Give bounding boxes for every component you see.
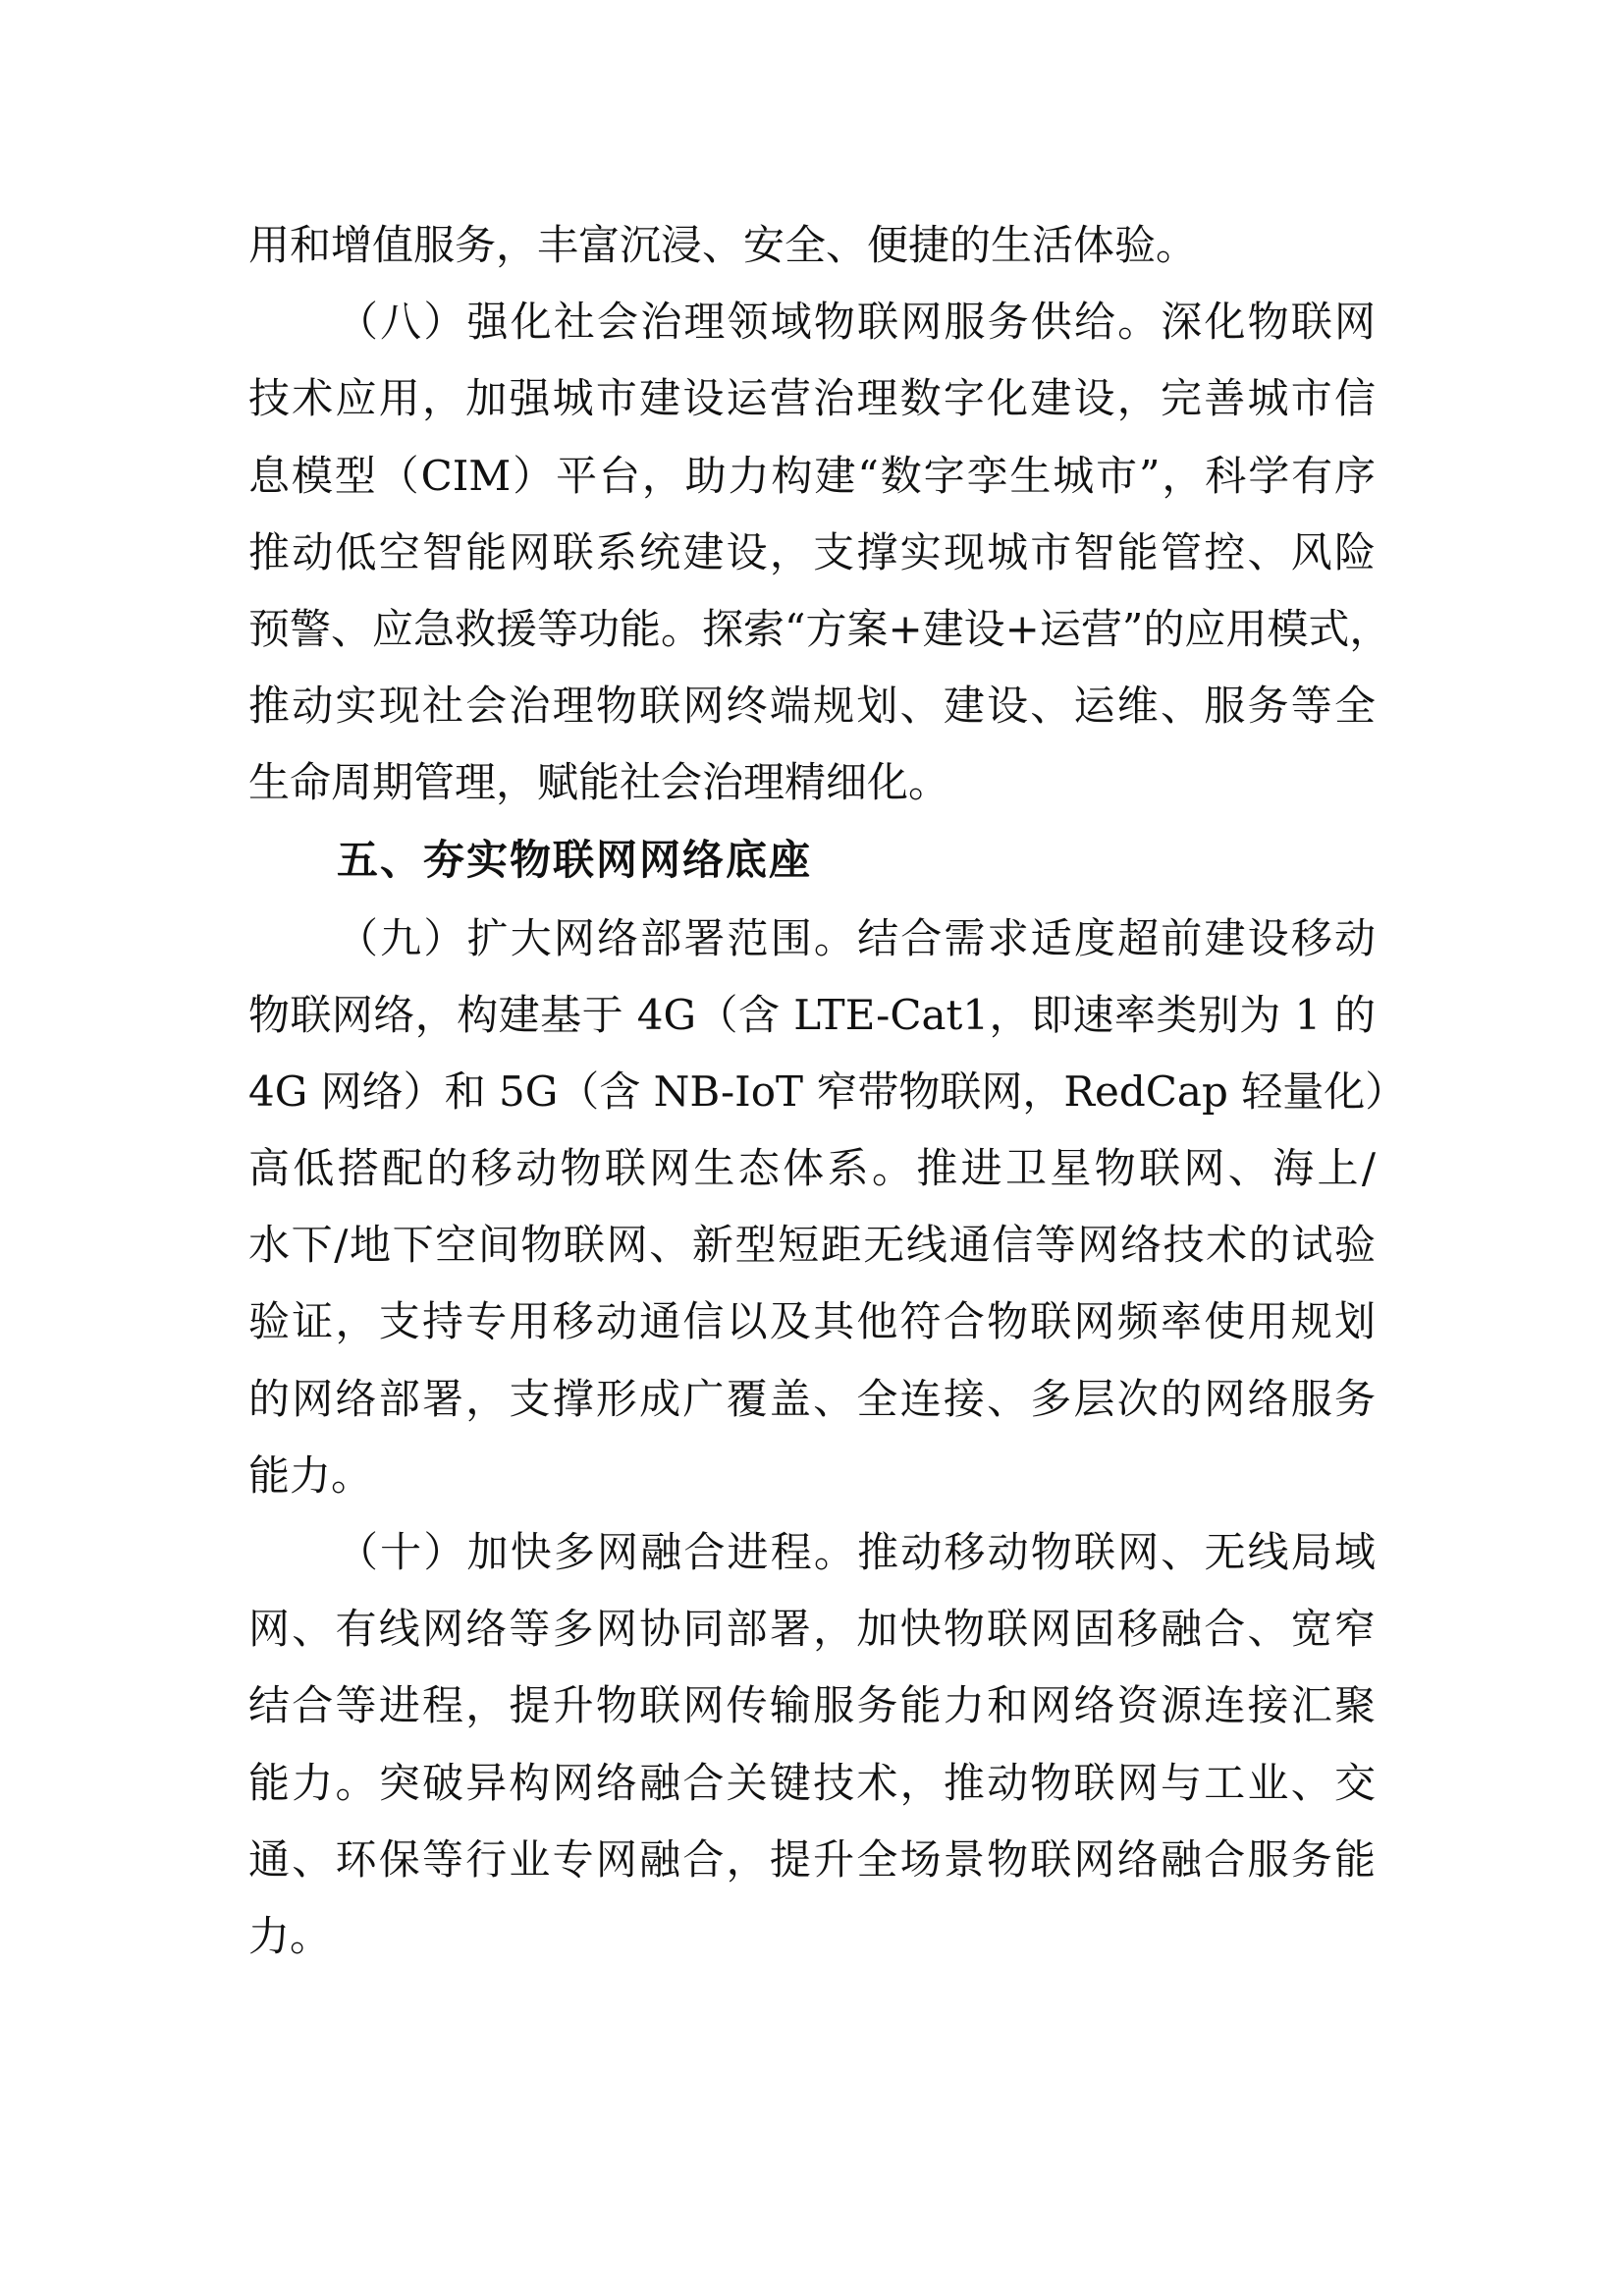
paragraph-10-network-convergence: （十）加快多网融合进程。推动移动物联网、无线局域 网、有线网络等多网协同部署，加… — [248, 1514, 1376, 1975]
text-line: 能力。 — [248, 1438, 1376, 1514]
text-line: 用和增值服务，丰富沉浸、安全、便捷的生活体验。 — [248, 207, 1376, 284]
text-line: 生命周期管理，赋能社会治理精细化。 — [248, 744, 1376, 821]
text-line: 力。 — [248, 1898, 1376, 1975]
text-line: 4G 网络）和 5G（含 NB-IoT 窄带物联网，RedCap 轻量化） — [248, 1054, 1376, 1130]
text-line: 物联网络，构建基于 4G（含 LTE-Cat1，即速率类别为 1 的 — [248, 977, 1376, 1054]
text-line: （十）加快多网融合进程。推动移动物联网、无线局域 — [248, 1514, 1376, 1591]
text-line: （九）扩大网络部署范围。结合需求适度超前建设移动 — [248, 901, 1376, 977]
text-line: 水下/地下空间物联网、新型短距无线通信等网络技术的试验 — [248, 1207, 1376, 1284]
text-line: 能力。突破异构网络融合关键技术，推动物联网与工业、交 — [248, 1745, 1376, 1822]
text-line: 结合等进程，提升物联网传输服务能力和网络资源连接汇聚 — [248, 1667, 1376, 1744]
text-line: 的网络部署，支撑形成广覆盖、全连接、多层次的网络服务 — [248, 1361, 1376, 1438]
text-line: 息模型（CIM）平台，助力构建“数字孪生城市”，科学有序 — [248, 438, 1376, 515]
text-line: 网、有线网络等多网协同部署，加快物联网固移融合、宽窄 — [248, 1591, 1376, 1667]
text-line: （八）强化社会治理领域物联网服务供给。深化物联网 — [248, 284, 1376, 360]
text-line: 推动实现社会治理物联网终端规划、建设、运维、服务等全 — [248, 668, 1376, 744]
section-heading: 五、夯实物联网网络底座 — [248, 822, 1376, 901]
text-line: 验证，支持专用移动通信以及其他符合物联网频率使用规划 — [248, 1284, 1376, 1360]
paragraph-8-social-governance: （八）强化社会治理领域物联网服务供给。深化物联网 技术应用，加强城市建设运营治理… — [248, 284, 1376, 821]
paragraph-continuation: 用和增值服务，丰富沉浸、安全、便捷的生活体验。 — [248, 207, 1376, 284]
text-line: 通、环保等行业专网融合，提升全场景物联网络融合服务能 — [248, 1822, 1376, 1898]
text-line: 技术应用，加强城市建设运营治理数字化建设，完善城市信 — [248, 360, 1376, 437]
text-line: 推动低空智能网联系统建设，支撑实现城市智能管控、风险 — [248, 515, 1376, 591]
document-page: 用和增值服务，丰富沉浸、安全、便捷的生活体验。 （八）强化社会治理领域物联网服务… — [248, 207, 1376, 1975]
paragraph-9-network-deployment: （九）扩大网络部署范围。结合需求适度超前建设移动 物联网络，构建基于 4G（含 … — [248, 901, 1376, 1515]
text-line: 高低搭配的移动物联网生态体系。推进卫星物联网、海上/ — [248, 1130, 1376, 1207]
text-line: 预警、应急救援等功能。探索“方案+建设+运营”的应用模式， — [248, 591, 1376, 668]
